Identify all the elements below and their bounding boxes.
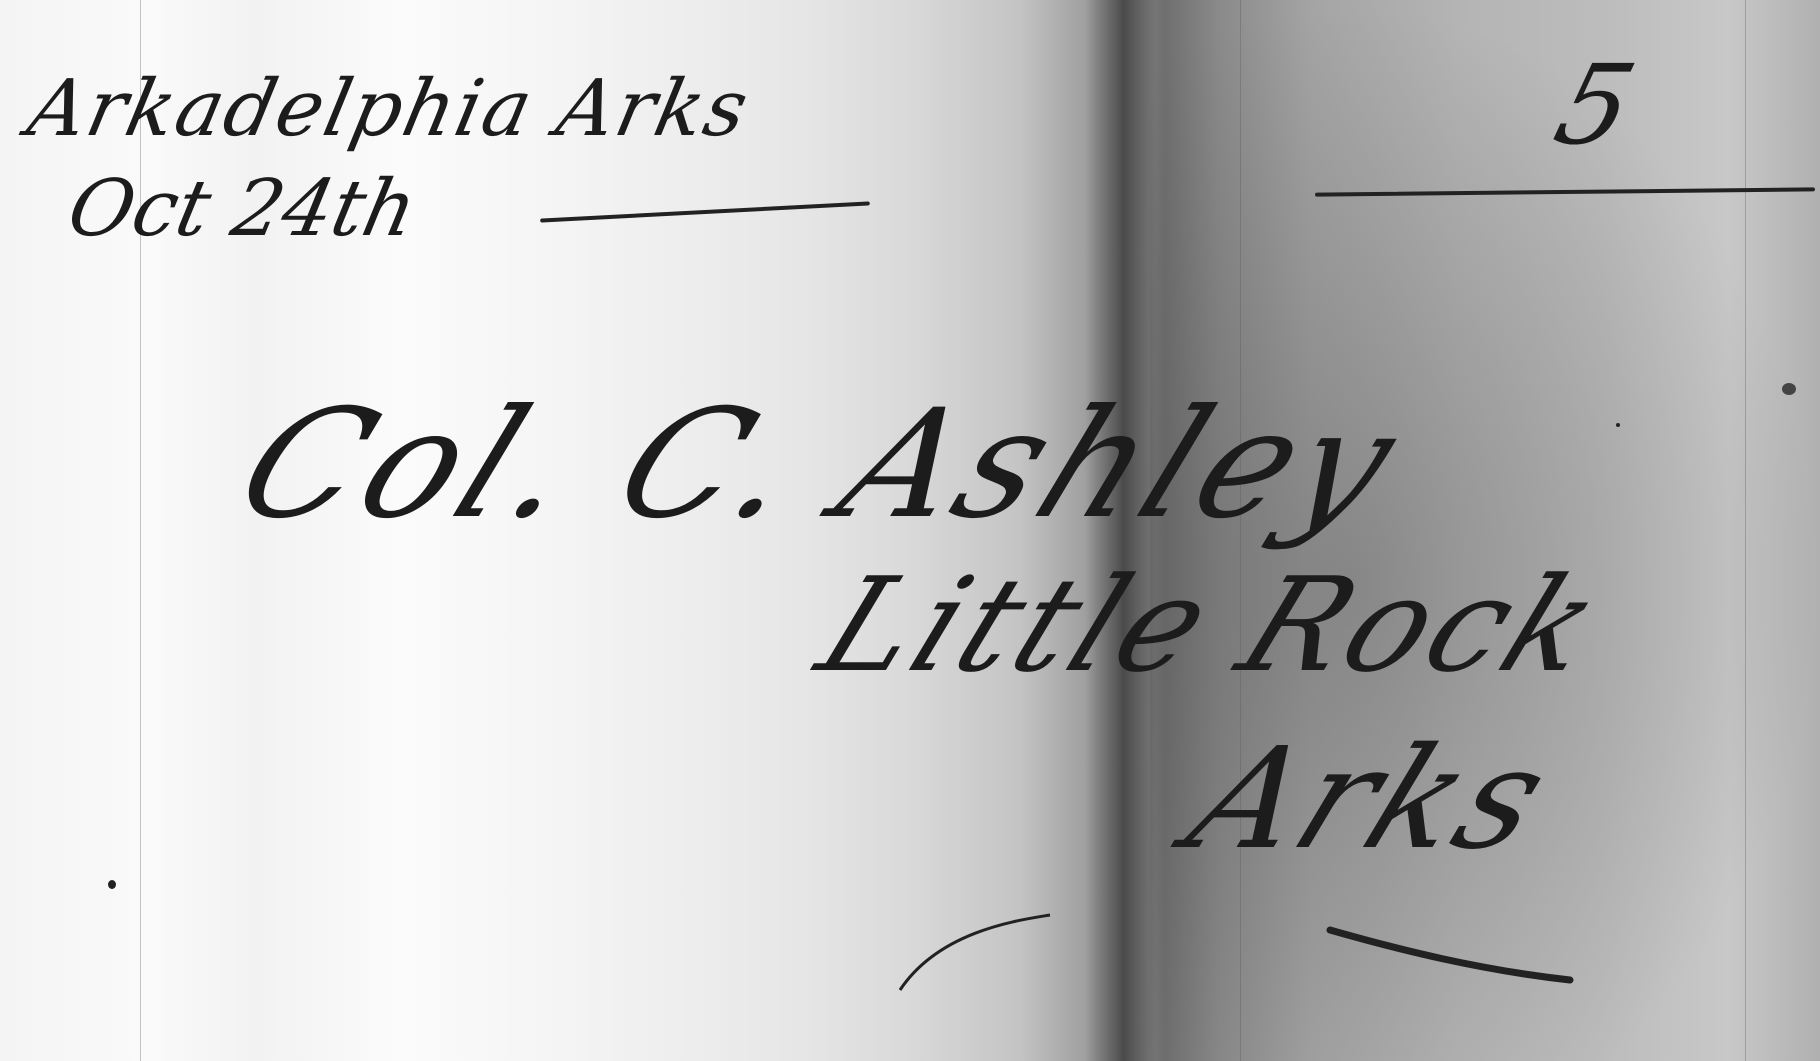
address-state: Arks (1172, 730, 1569, 870)
ink-spot (1616, 423, 1620, 427)
postmark-place: Arkadelphia Arks (22, 70, 756, 148)
rate-mark: 5 (1545, 50, 1644, 160)
crease-line (1745, 0, 1746, 1061)
ink-spot (108, 880, 116, 889)
addressee-name: Col. C. Ashley (220, 390, 1421, 540)
crease-line (140, 0, 141, 1061)
address-city: Little Rock (804, 560, 1620, 690)
postmark-date: Oct 24th (62, 170, 423, 248)
envelope-scan: Arkadelphia Arks Oct 24th 5 Col. C. Ashl… (0, 0, 1820, 1061)
ink-spot (1782, 383, 1796, 395)
rate-underline (1315, 187, 1815, 196)
date-underline (540, 201, 870, 222)
